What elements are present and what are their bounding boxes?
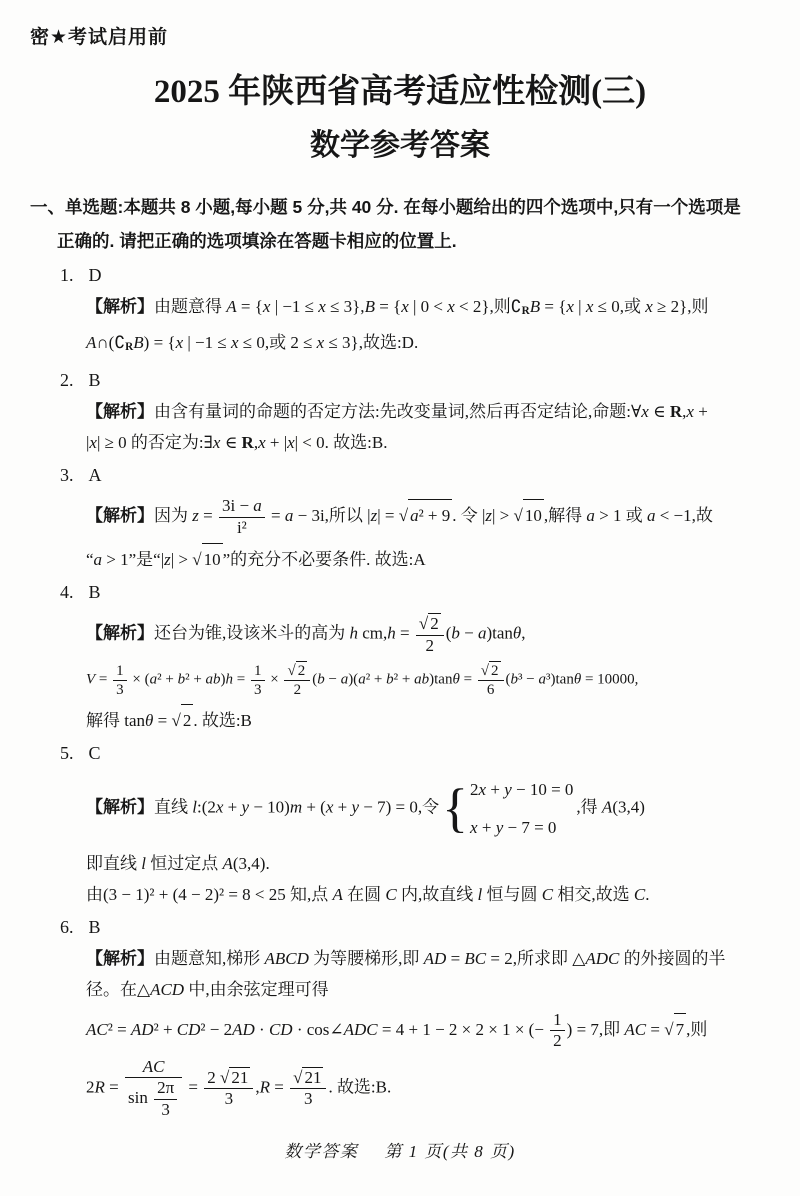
exam-answer-page: 密★考试启用前 2025 年陕西省高考适应性检测(三) 数学参考答案 一、单选题… (0, 0, 800, 1196)
answer-letter: A (89, 465, 102, 485)
question-4: 4.B 【解析】还台为锥,设该米斗的高为 h cm,h = √22(b − a)… (30, 577, 770, 736)
solution-line: A∩(∁RB) = {x | −1 ≤ x ≤ 0,或 2 ≤ x ≤ 3},故… (86, 327, 770, 363)
question-number: 1. (60, 265, 74, 285)
footer-page-number: 第 1 页(共 8 页) (384, 1142, 515, 1161)
answers-heading: 数学参考答案 (30, 126, 770, 166)
question-number: 4. (60, 582, 74, 602)
question-5-head: 5.C (60, 738, 770, 769)
question-1-head: 1.D (60, 260, 770, 291)
footer-doc-label: 数学答案 (284, 1142, 358, 1161)
solution-line: 即直线 l 恒过定点 A(3,4). (86, 848, 770, 879)
question-2: 2.B 【解析】由含有量词的命题的否定方法:先改变量词,然后再否定结论,命题:∀… (30, 365, 770, 458)
solution-line: 【解析】直线 l:(2x + y − 10)m + (x + y − 7) = … (86, 774, 770, 843)
solution-line: 解得 tanθ = √2. 故选:B (86, 704, 770, 736)
exam-title: 2025 年陕西省高考适应性检测(三) (30, 70, 770, 114)
answer-letter: C (89, 743, 101, 763)
solution-line: 【解析】由题意得 A = {x | −1 ≤ x ≤ 3},B = {x | 0… (86, 291, 770, 327)
question-number: 3. (60, 465, 74, 485)
answer-letter: B (89, 582, 101, 602)
secrecy-notice: 密★考试启用前 (30, 26, 770, 50)
question-6-head: 6.B (60, 912, 770, 943)
answer-letter: D (89, 265, 102, 285)
question-number: 5. (60, 743, 74, 763)
solution-line: 径。在△ACD 中,由余弦定理可得 (86, 974, 770, 1005)
question-2-head: 2.B (60, 365, 770, 396)
solution-line: 【解析】还台为锥,设该米斗的高为 h cm,h = √22(b − a)tanθ… (86, 613, 770, 656)
solution-line: |x| ≥ 0 的否定为:∃x ∈ R,x + |x| < 0. 故选:B. (86, 427, 770, 458)
instruction-line-1: 一、单选题:本题共 8 小题,每小题 5 分,共 40 分. 在每小题给出的四个… (30, 190, 770, 224)
solution-line: 2R = ACsin 2π3 = 2 √213,R = √213. 故选:B. (86, 1057, 770, 1120)
solution-line: V = 13 × (a² + b² + ab)h = 13 × √22(b − … (86, 661, 770, 699)
solution-line: AC² = AD² + CD² − 2AD · CD · cos∠ADC = 4… (86, 1010, 770, 1052)
question-3: 3.A 【解析】因为 z = 3i − ai² = a − 3i,所以 |z| … (30, 460, 770, 575)
solution-line: 【解析】由题意知,梯形 ABCD 为等腰梯形,即 AD = BC = 2,所求即… (86, 943, 770, 974)
question-number: 6. (60, 917, 74, 937)
page-footer: 数学答案第 1 页(共 8 页) (0, 1137, 800, 1162)
answer-letter: B (89, 917, 101, 937)
question-6: 6.B 【解析】由题意知,梯形 ABCD 为等腰梯形,即 AD = BC = 2… (30, 912, 770, 1120)
question-number: 2. (60, 370, 74, 390)
section-instructions: 一、单选题:本题共 8 小题,每小题 5 分,共 40 分. 在每小题给出的四个… (30, 190, 770, 258)
solution-line: “a > 1”是“|z| > √10”的充分不必要条件. 故选:A (86, 543, 770, 575)
solution-line: 由(3 − 1)² + (4 − 2)² = 8 < 25 知,点 A 在圆 C… (86, 879, 770, 910)
question-5: 5.C 【解析】直线 l:(2x + y − 10)m + (x + y − 7… (30, 738, 770, 910)
solution-line: 【解析】因为 z = 3i − ai² = a − 3i,所以 |z| = √a… (86, 496, 770, 538)
answer-letter: B (89, 370, 101, 390)
question-3-head: 3.A (60, 460, 770, 491)
question-4-head: 4.B (60, 577, 770, 608)
solution-line: 【解析】由含有量词的命题的否定方法:先改变量词,然后再否定结论,命题:∀x ∈ … (86, 396, 770, 427)
instruction-line-2: 正确的. 请把正确的选项填涂在答题卡相应的位置上. (57, 224, 770, 258)
question-1: 1.D 【解析】由题意得 A = {x | −1 ≤ x ≤ 3},B = {x… (30, 260, 770, 363)
